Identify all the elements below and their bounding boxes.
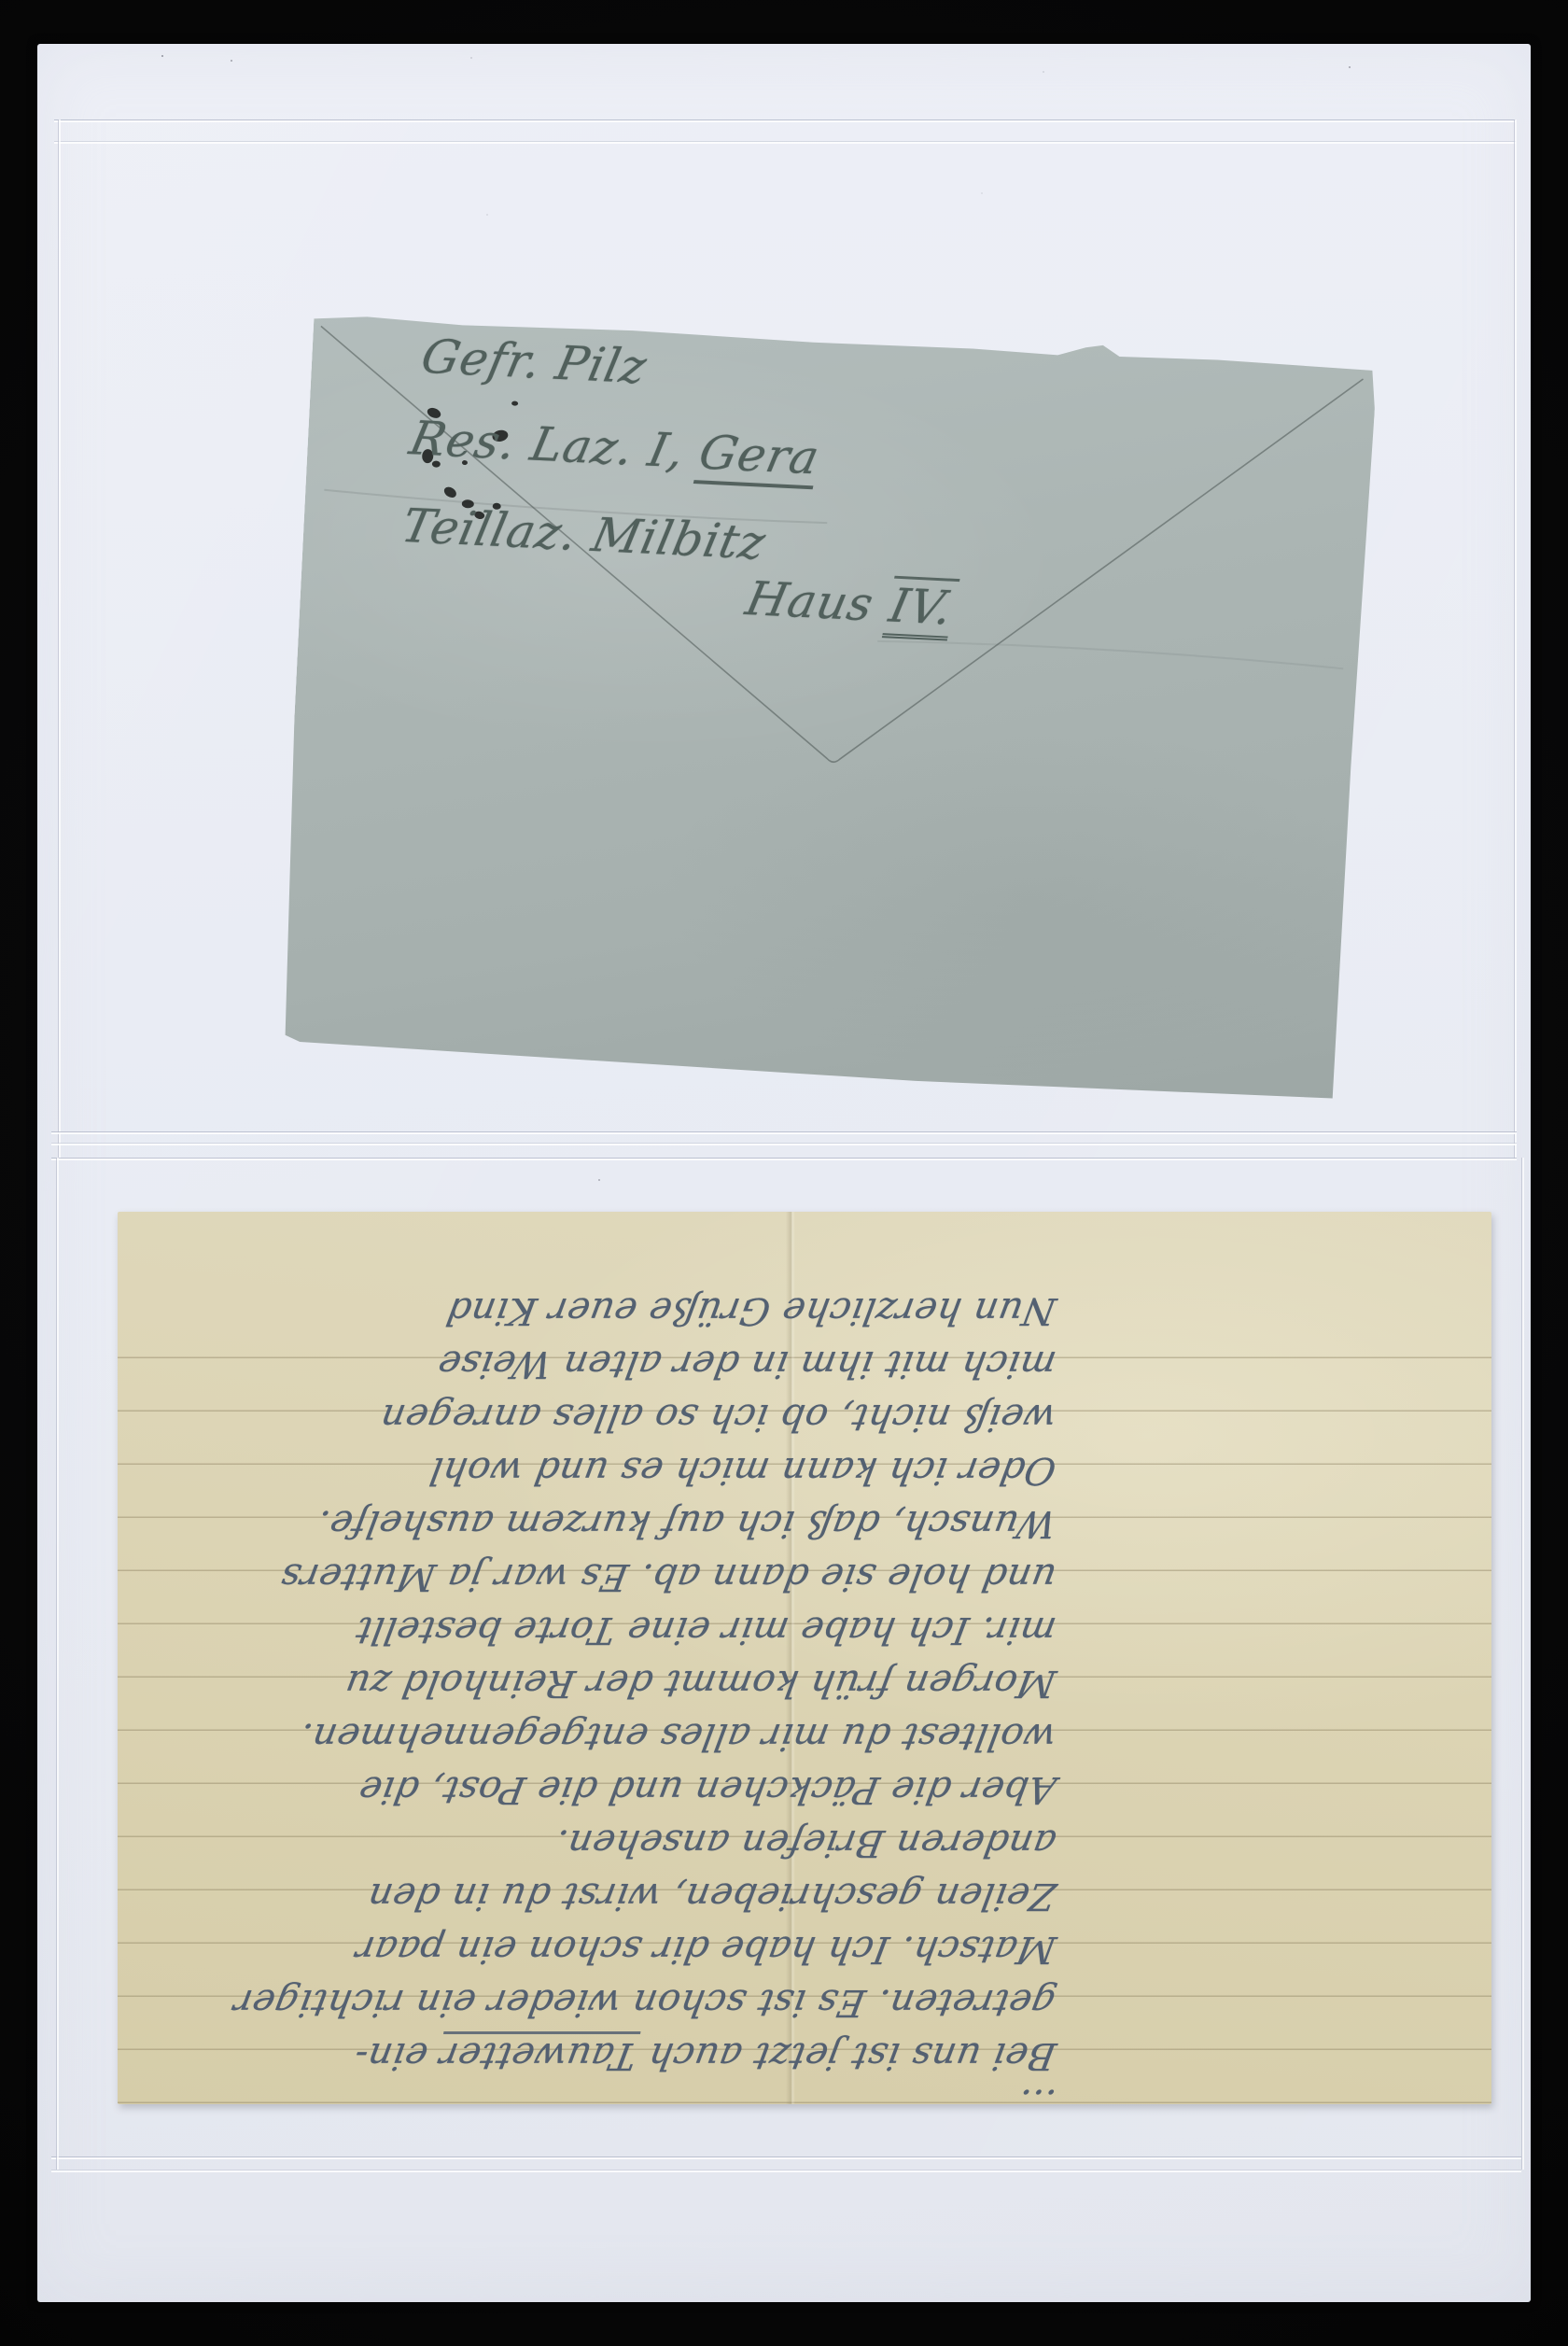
sleeve-seam [51, 2170, 1521, 2170]
address-underlined: Gera [693, 426, 824, 490]
handwriting-line: Aber die Päckchen und die Post, die [141, 1763, 1060, 1816]
sleeve-seam [51, 1131, 1517, 1132]
address-line-1: Gefr. Pilz [415, 322, 653, 401]
wrinkle-line [877, 639, 1344, 668]
handwriting-line: Bei uns ist jetzt auch Tauwetter ein- [141, 2029, 1060, 2082]
envelope-back: Gefr. Pilz Res. Laz. I, Gera Teillaz. Mi… [278, 305, 1378, 1103]
handwriting-line: wolltest du mir alles entgegennehmen. [141, 1709, 1060, 1763]
address-line-4: Haus IV. [740, 564, 961, 642]
handwriting-line: … [141, 2075, 1060, 2128]
handwriting-line: mir. Ich habe mir eine Torte bestellt [141, 1603, 1060, 1656]
address-text: Gefr. Pilz [416, 330, 651, 394]
handwriting-line: Wunsch, daß ich auf kurzem aushelfe. [141, 1496, 1060, 1550]
address-underlined: IV. [882, 576, 960, 641]
sleeve-seam [54, 141, 1516, 142]
sleeve-edge [1514, 119, 1515, 1159]
sleeve-seam [54, 119, 1516, 120]
sleeve-edge [56, 1158, 57, 2170]
handwriting-line: Matsch. Ich habe dir schon ein paar [141, 1922, 1060, 1975]
handwriting-line: und hole sie dann ab. Es war ja Mutters [141, 1550, 1060, 1603]
handwriting-line: weiß nicht, ob ich so alles anregen [141, 1390, 1060, 1443]
handwriting-line: getreten. Es ist schon wieder ein richti… [141, 1975, 1060, 2029]
handwriting-line: Nun herzliche Grüße euer Kind [141, 1284, 1060, 1337]
handwriting-line: Morgen früh kommt der Reinhold zu [141, 1656, 1060, 1709]
album-photo: Gefr. Pilz Res. Laz. I, Gera Teillaz. Mi… [0, 0, 1568, 2346]
handwriting-line: mich mit ihm in der alten Weise [141, 1337, 1060, 1390]
letter-sheet: Nun herzliche Grüße euer Kind mich mit i… [118, 1212, 1491, 2104]
address-text: Res. Laz. I, [405, 411, 706, 479]
sleeve-edge [58, 119, 59, 1159]
handwriting-line: anderen Briefen ansehen. [141, 1816, 1060, 1869]
sleeve-edge [1521, 1158, 1522, 2170]
dust-specks [0, 0, 4, 4]
handwriting-line: Zeilen geschrieben, wirst du in den [141, 1869, 1060, 1922]
address-text: Haus [741, 571, 894, 632]
handwriting-line: Oder ich kann mich es und wohl [141, 1443, 1060, 1496]
sleeve-seam [51, 1143, 1517, 1144]
sleeve-seam [51, 2156, 1521, 2157]
address-text: Teillaz. Milbitz [398, 499, 771, 569]
